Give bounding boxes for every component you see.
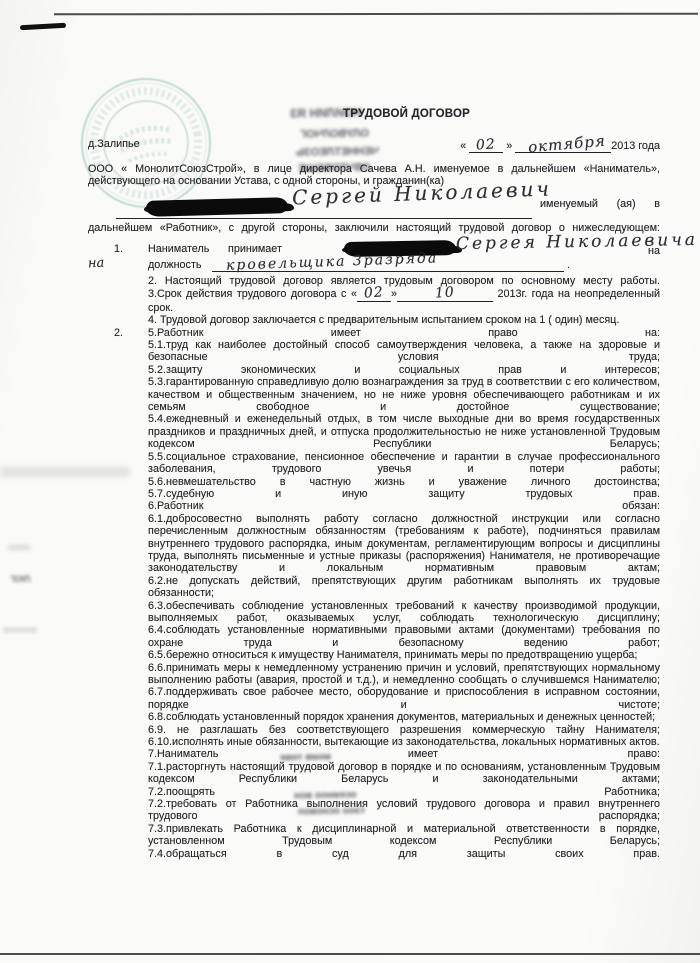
clause-6-4: 6.4.соблюдать установленные нормативными… (148, 624, 660, 649)
clause-6-2: 6.2.не допускать действий, препятствующи… (148, 575, 660, 600)
clause-6-10: 6.10.исполнять иные обязанности, вытекаю… (148, 736, 660, 748)
clause-6-3: 6.3.обеспечивать соблюдение установленны… (148, 600, 660, 625)
clause-5-1: 5.1.труд как наиболее достойный способ с… (148, 339, 660, 364)
clause-1-word: принимает (228, 243, 282, 255)
clause-6-1: 6.1.добросовестно выполнять работу согла… (148, 513, 660, 575)
clause-3-text: 3.Срок действия трудового договора с (148, 288, 346, 300)
clause-5-text: 5.Работник имеет право на: (148, 327, 660, 339)
handwritten-term-month: 10 (435, 287, 456, 301)
date-line: « 02 » октября2013 года (460, 138, 660, 153)
date-open-quote: « (460, 140, 466, 152)
place-label: д.Залипье (88, 138, 140, 153)
clause-6-9: 6.9. не разглашать без соответствующего … (148, 724, 660, 736)
named-word-3: в (654, 198, 660, 210)
clause-2: 2. Настоящий трудовой договор является т… (148, 275, 660, 287)
clause-6-7: 6.7.поддерживать свое рабочее место, обо… (148, 686, 660, 711)
term-day-slot: 02 (357, 287, 391, 301)
document-title: ТРУДОВОЙ ДОГОВОР (343, 108, 470, 120)
clause-1-word: на (648, 245, 660, 257)
clause-6-heading: 6.Работник обязан: (148, 500, 660, 512)
ink-smudge: ЛЮГ (10, 574, 31, 584)
place-date-row: д.Залипье « 02 » октября2013 года (88, 138, 660, 153)
scan-margin-mark (3, 628, 37, 632)
named-word-2: (ая) (617, 198, 636, 210)
scan-ink-blob (20, 23, 66, 30)
scan-edge-line-bottom (0, 953, 700, 955)
clause-5-3: 5.3.гарантированную справедливую долю во… (148, 376, 660, 413)
clause-5-2: 5.2.защиту экономических и социальных пр… (148, 364, 660, 376)
date-month-slot: октября (515, 138, 611, 153)
clause-7-3: 7.3.привлекать Работника к дисциплинарно… (148, 823, 660, 848)
clause-6-6: 6.6.принимать меры к немедленному устран… (148, 662, 660, 687)
date-year: 2013 года (611, 140, 660, 152)
clause-5-6: 5.6.невмешательство в частную жизнь и ув… (148, 476, 660, 488)
clause-6-8: 6.8.соблюдать установленный порядок хран… (148, 711, 660, 723)
clause-1-word: должность (148, 259, 202, 271)
clause-7-1: 7.1.расторгнуть настоящий трудовой догов… (148, 761, 660, 786)
worker-name-line: Сергей Николаевич именуемый (ая) в (88, 192, 660, 222)
clauses-list: 1. Наниматель принимает Сергея Николаеви… (148, 243, 660, 860)
clause-7-2a: 7.2.поощрять Работника; (148, 786, 660, 798)
clause-5-7: 5.7.судебную и иную защиту трудовых прав… (148, 488, 660, 500)
date-day-slot: 02 (469, 139, 503, 153)
clause-4: 4. Трудовой договор заключается с предва… (148, 314, 660, 326)
scanned-contract-page: НОИЛИН ЯЗ ОЛУВОЛЧОГ ЧЕННЕТЛЕОЗЬ ОВЧТОВЕШ… (0, 0, 700, 963)
clause-5-5: 5.5.социальное страхование, пенсионное о… (148, 451, 660, 476)
scan-margin-streak (0, 467, 130, 477)
clause-1: 1. Наниматель принимает Сергея Николаеви… (148, 243, 660, 275)
clause-7-2b: 7.2.требовать от Работника выполнения ус… (148, 798, 660, 823)
scan-edge-line-top (54, 13, 698, 16)
scan-margin-mark (8, 545, 30, 550)
handwritten-worker-name: Сергей Николаевич (292, 182, 552, 203)
clause-1-period: . (567, 259, 570, 271)
signature-underline (116, 218, 532, 219)
named-suffix: именуемый (ая) в (540, 198, 660, 210)
handwritten-month: октября (528, 135, 607, 154)
clause-7-4: 7.4.обращаться в суд для защиты своих пр… (148, 848, 660, 860)
list-marker-2: 2. (114, 327, 123, 339)
date-close-quote: » (506, 140, 512, 152)
clause-6-5: 6.5.бережно относиться к имуществу Наним… (148, 649, 660, 661)
handwritten-margin-word: на (88, 258, 105, 271)
clause-1-word: Наниматель (148, 243, 209, 255)
named-word-1: именуемый (540, 198, 598, 210)
list-marker-1: 1. (114, 243, 123, 255)
clause-7-heading: 7.Наниматель имеет право: (148, 748, 660, 760)
term-month-slot: 10 (397, 287, 493, 301)
handwritten-day: 02 (476, 138, 497, 152)
redaction-block (146, 197, 288, 217)
clause-1-line-2: на должность кровельщика 3разряда . (148, 257, 660, 274)
handwritten-worker-name-genitive: Сергея Николаевича (456, 234, 698, 251)
clause-3: 3.Срок действия трудового договора с «02… (148, 287, 660, 314)
clause-5-heading: 2.5.Работник имеет право на: (148, 327, 660, 339)
handwritten-term-day: 02 (364, 287, 385, 301)
clause-5-4: 5.4.ежедневный и еженедельный отдых, в т… (148, 413, 660, 450)
